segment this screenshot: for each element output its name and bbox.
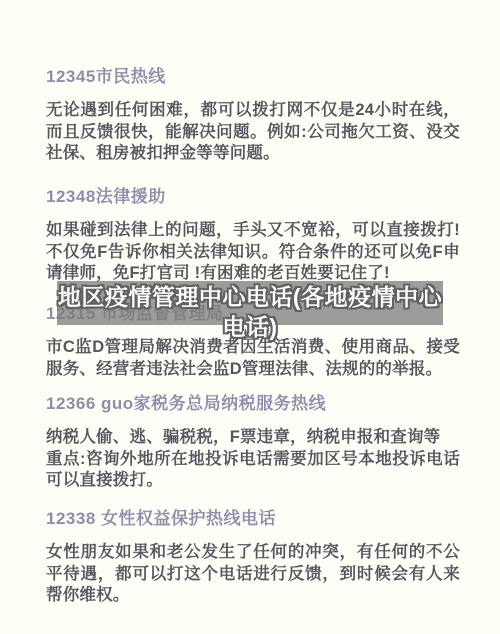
- section-heading-12366: 12366 guo家税务总局纳税服务热线: [46, 394, 460, 414]
- section-12366: 12366 guo家税务总局纳税服务热线 纳税人偷、逃、骗税税，F票违章，纳税申…: [46, 394, 460, 492]
- section-heading-12338: 12338 女性权益保护热线电话: [46, 509, 460, 529]
- section-body-12338: 女性朋友如果和老公发生了任何的冲突，有任何的不公平待遇，都可以打这个电话进行反馈…: [46, 542, 460, 607]
- section-body-12345: 无论遇到任何困难，都可以拨打网不仅是24小时在线，而且反馈很快，能解决问题。例如…: [46, 100, 460, 165]
- section-body-12315: 市C监D管理局解决消费者因生活消费、使用商品、接受服务、经营者违法社会监D管理法…: [46, 337, 460, 380]
- section-heading-12348: 12348法律援助: [46, 187, 460, 207]
- overlay-title-line1: 地区疫情管理中心电话(各地疫情中心: [57, 281, 443, 311]
- section-12345: 12345市民热线 无论遇到任何困难，都可以拨打网不仅是24小时在线，而且反馈很…: [46, 67, 460, 165]
- section-body-12366: 纳税人偷、逃、骗税税，F票违章，纳税申报和查询等 重点:咨询外地所在地投诉电话需…: [46, 427, 460, 492]
- section-12338: 12338 女性权益保护热线电话 女性朋友如果和老公发生了任何的冲突，有任何的不…: [46, 509, 460, 607]
- section-body-12348: 如果碰到法律上的问题，手头又不宽裕，可以直接拨打!不仅免F告诉你相关法律知识。符…: [46, 220, 460, 285]
- section-12348: 12348法律援助 如果碰到法律上的问题，手头又不宽裕，可以直接拨打!不仅免F告…: [46, 187, 460, 285]
- article-page: 12345市民热线 无论遇到任何困难，都可以拨打网不仅是24小时在线，而且反馈很…: [0, 0, 500, 634]
- overlay-title-line2: 电话): [57, 311, 443, 341]
- section-heading-12345: 12345市民热线: [46, 67, 460, 87]
- epidemic-center-title-overlay: 地区疫情管理中心电话(各地疫情中心 电话): [57, 281, 443, 325]
